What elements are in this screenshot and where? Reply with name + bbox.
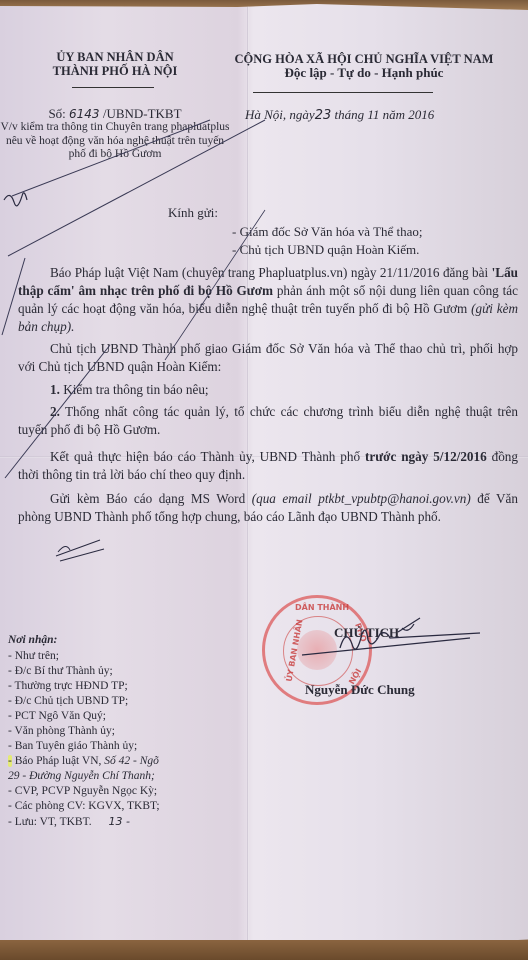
pen-stroke: [2, 258, 25, 335]
title-initial-icon: [398, 618, 420, 632]
handwritten-marks: [0, 0, 528, 960]
pen-stroke: [5, 345, 110, 478]
chairman-signature-icon: [302, 630, 480, 655]
pen-stroke: [12, 120, 210, 196]
pen-stroke: [8, 120, 265, 256]
pen-stroke: [165, 210, 265, 360]
initial-mark-icon: [56, 540, 104, 561]
